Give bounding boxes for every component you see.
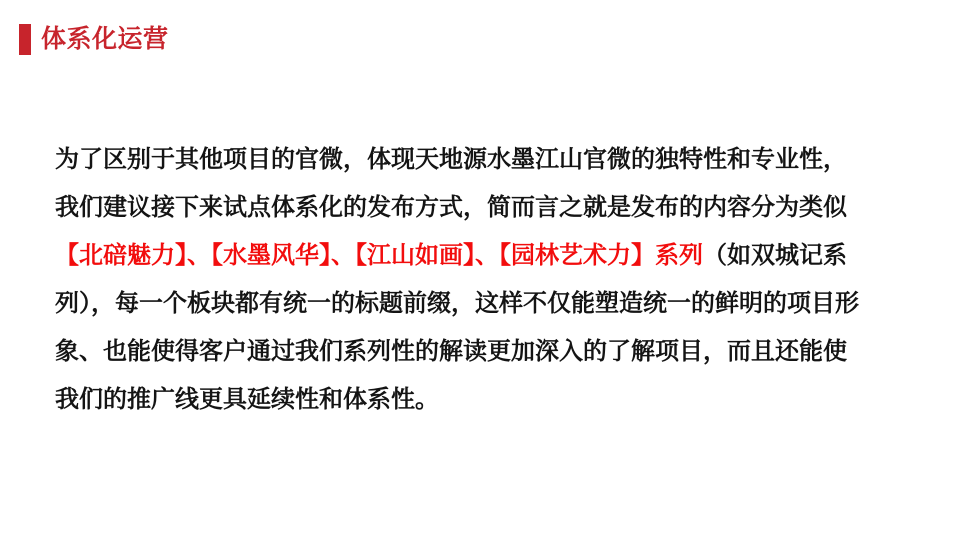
page-title: 体系化运营 [41, 24, 169, 55]
slide-header: 体系化运营 [19, 24, 169, 55]
body-highlight-series-list: 【北碚魅力】、【水墨风华】、【江山如画】、【园林艺术力】系列 [55, 242, 703, 269]
body-text-before-highlight: 为了区别于其他项目的官微，体现天地源水墨江山官微的独特性和专业性，我们建议接下来… [55, 146, 847, 221]
slide-canvas: 体系化运营 为了区别于其他项目的官微，体现天地源水墨江山官微的独特性和专业性，我… [0, 0, 960, 540]
title-accent-bar [19, 24, 31, 55]
body-paragraph: 为了区别于其他项目的官微，体现天地源水墨江山官微的独特性和专业性，我们建议接下来… [55, 136, 861, 424]
